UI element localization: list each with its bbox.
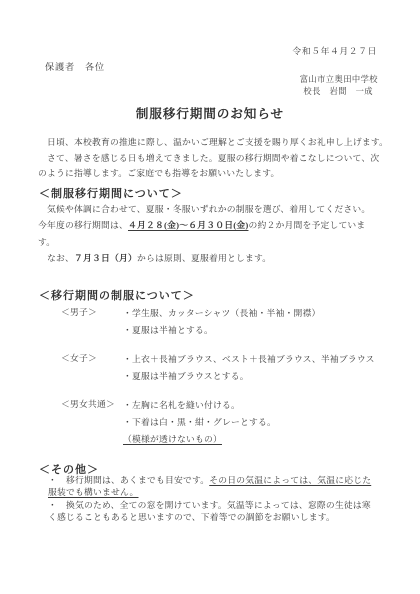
group-label-boys: ＜男子＞ (61, 305, 123, 318)
group-lines-boys: ・学生服、カッターシャツ（長袖・半袖・開襟）・夏服は半袖とする。 (123, 305, 400, 339)
transition-period-text: 気候や体調に合わせて、夏服・冬服いずれかの制服を選び、着用してください。今年度の… (38, 201, 390, 267)
text-line: 気候や体調に合わせて、夏服・冬服いずれかの制服を選び、着用してください。 (38, 201, 390, 217)
text-line: さて、暑さを感じる日も増えてきました。夏服の移行期間や着こなしについて、次 (38, 151, 390, 167)
document-page: 令和５年４月２７日 保護者 各位 富山市立奥田中学校 校長 岩間 一成 制服移行… (0, 0, 420, 594)
group-label-common: ＜男女共通＞ (61, 397, 123, 410)
text-segment: す。 (38, 237, 55, 247)
text-segment: ・夏服は半袖ブラウスとする。 (123, 371, 249, 381)
text-segment: からは原則、夏服着用とします。 (137, 253, 271, 263)
document-title: 制服移行期間のお知らせ (0, 104, 420, 122)
text-line: く感じることもあると思いますので、下着等での調節をお願いします。 (48, 511, 400, 523)
text-segment: さて、暑さを感じる日も増えてきました。夏服の移行期間や着こなしについて、次 (38, 153, 379, 163)
uniform-group-boys: ＜男子＞ ・学生服、カッターシャツ（長袖・半袖・開襟）・夏服は半袖とする。 (61, 305, 400, 339)
other-notes-text: ・ 移行期間は、あくまでも目安です。その日の気温によっては、気温に応じた服装でも… (48, 474, 400, 524)
text-segment: のように指導します。ご家庭でも指導をお願いいたします。 (38, 168, 280, 178)
text-segment: ・学生服、カッターシャツ（長袖・半袖・開襟） (123, 308, 321, 318)
addressee-line: 保護者 各位 (45, 59, 105, 73)
text-segment: ・下着は白・黒・紺・グレーとする。 (123, 417, 276, 427)
text-segment: く感じることもあると思いますので、下着等での調節をお願いします。 (48, 512, 335, 522)
text-line: 今年度の移行期間は、４月２８(金)～６月３０日(金)の約２か月間を予定していま (38, 217, 390, 233)
text-line: ・ 移行期間は、あくまでも目安です。その日の気温によっては、気温に応じた (48, 474, 400, 486)
text-segment: 服装でも構いません。 (48, 487, 139, 497)
text-segment: の約２か月間を予定していま (248, 220, 365, 230)
section-heading-transition-period: ＜制服移行期間について＞ (39, 185, 183, 201)
text-line: す。 (38, 234, 390, 250)
text-line: 服装でも構いません。 (48, 486, 400, 498)
text-segment: ・上衣＋長袖ブラウス、ベスト＋長袖ブラウス、半袖ブラウス (123, 354, 375, 364)
text-line: ・学生服、カッターシャツ（長袖・半袖・開襟） (123, 305, 400, 322)
uniform-group-girls: ＜女子＞ ・上衣＋長袖ブラウス、ベスト＋長袖ブラウス、半袖ブラウス・夏服は半袖ブ… (61, 351, 400, 385)
text-segment: （模様が透けないもの） (123, 434, 222, 444)
intro-paragraph: 日頃、本校教育の推進に際し、温かいご理解とご支援を賜り厚くお礼申し上げます。 さ… (38, 135, 390, 182)
group-label-girls: ＜女子＞ (61, 351, 123, 364)
text-line: ・夏服は半袖とする。 (123, 322, 400, 339)
text-segment: なお、 (38, 253, 74, 263)
text-line: 日頃、本校教育の推進に際し、温かいご理解とご支援を賜り厚くお礼申し上げます。 (38, 135, 390, 151)
group-lines-girls: ・上衣＋長袖ブラウス、ベスト＋長袖ブラウス、半袖ブラウス・夏服は半袖ブラウスとす… (123, 351, 400, 385)
text-line: （模様が透けないもの） (123, 431, 400, 448)
school-name: 富山市立奥田中学校 (300, 73, 378, 85)
text-segment: 今年度の移行期間は、 (38, 220, 128, 230)
text-line: ・左胸に名札を縫い付ける。 (123, 397, 400, 414)
document-date: 令和５年４月２７日 (292, 44, 377, 57)
text-line: ・ 換気のため、全ての窓を開けています。気温等によっては、窓際の生徒は寒 (48, 499, 400, 511)
text-segment: その日の気温によっては、気温に応じた (209, 475, 371, 485)
text-segment: ・夏服は半袖とする。 (123, 325, 213, 335)
text-line: ・下着は白・黒・紺・グレーとする。 (123, 414, 400, 431)
group-lines-common: ・左胸に名札を縫い付ける。・下着は白・黒・紺・グレーとする。（模様が透けないもの… (123, 397, 400, 447)
text-segment: 日頃、本校教育の推進に際し、温かいご理解とご支援を賜り厚くお礼申し上げます。 (38, 137, 388, 147)
text-line: のように指導します。ご家庭でも指導をお願いいたします。 (38, 166, 390, 182)
text-line: なお、７月３日（月）からは原則、夏服着用とします。 (38, 250, 390, 266)
section-heading-uniform-details: ＜移行期間の制服について＞ (39, 287, 195, 303)
text-line: ・上衣＋長袖ブラウス、ベスト＋長袖ブラウス、半袖ブラウス (123, 351, 400, 368)
text-segment: 気候や体調に合わせて、夏服・冬服いずれかの制服を選び、着用してください。 (38, 204, 370, 214)
uniform-group-common: ＜男女共通＞ ・左胸に名札を縫い付ける。・下着は白・黒・紺・グレーとする。（模様… (61, 397, 400, 447)
text-segment: ４月２８(金)～６月３０日(金) (128, 220, 248, 230)
text-segment: ・ 移行期間は、あくまでも目安です。 (48, 475, 209, 485)
principal-name: 校長 岩間 一成 (303, 85, 373, 97)
text-segment: ・左胸に名札を縫い付ける。 (123, 400, 240, 410)
text-segment: ・ 換気のため、全ての窓を開けています。気温等によっては、窓際の生徒は寒 (48, 500, 371, 510)
text-segment: ７月３日（月） (74, 253, 137, 263)
text-line: ・夏服は半袖ブラウスとする。 (123, 368, 400, 385)
